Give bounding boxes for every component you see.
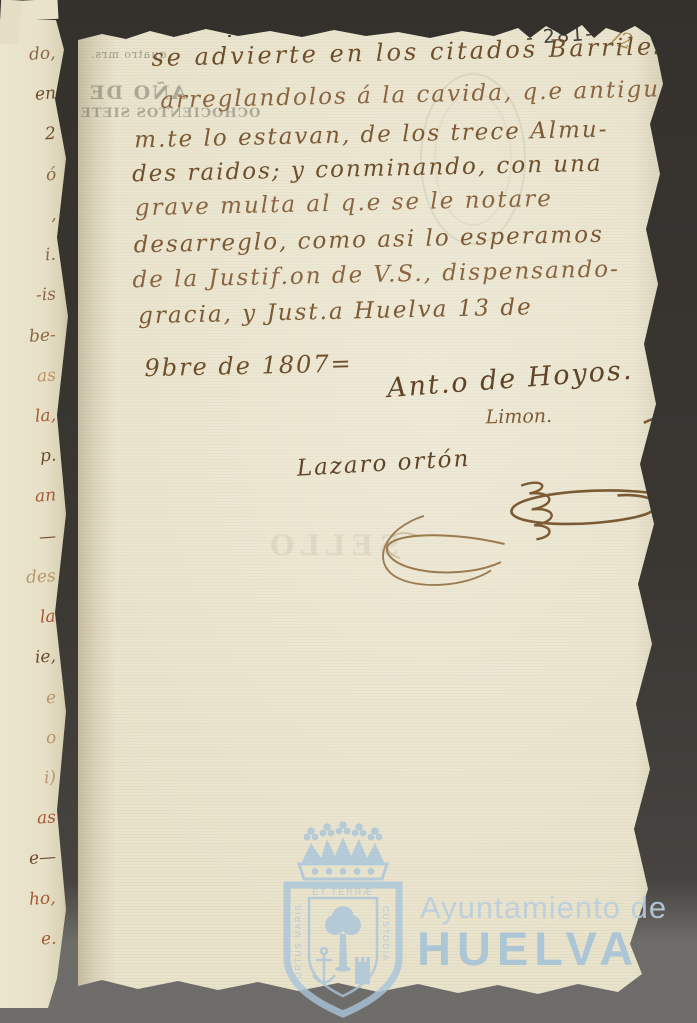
text-fragment: e.: [40, 930, 57, 948]
shield-motto-left: PORTUS MARIS: [293, 903, 303, 986]
text-fragment: ie,: [35, 649, 57, 667]
text-fragment: as: [37, 367, 57, 385]
text-fragment: o: [45, 729, 56, 747]
text-fragment: p.: [39, 448, 56, 466]
text-fragment: la,: [34, 407, 56, 425]
scanned-document-page: do, en 2 ó , i. -is be- as la, p. an — d…: [0, 0, 697, 1023]
text-fragment: be-: [29, 327, 57, 346]
manuscript-line: grave multa al q.e se le notare: [135, 186, 554, 221]
text-fragment: des: [26, 568, 57, 587]
text-fragment: ,: [50, 207, 57, 224]
text-fragment: e: [45, 689, 56, 707]
text-fragment: la: [40, 609, 57, 627]
manuscript-line: des raidos; y conminando, con una: [132, 151, 603, 188]
text-fragment: ho,: [29, 890, 57, 909]
manuscript-line: se advierte en los citados Barriles,: [151, 32, 680, 72]
shield-motto-right: CUSTODIA: [381, 906, 391, 962]
text-fragment: —: [38, 528, 56, 546]
signature-lazaro-orton: Lazaro ortón: [296, 446, 471, 482]
text-fragment: as: [37, 810, 57, 828]
manuscript-line: desarreglo, como asi lo esperamos: [133, 222, 604, 259]
signature-rubric-flourish: [303, 476, 576, 602]
text-fragment: -is: [36, 287, 57, 305]
crown-points: [301, 837, 385, 864]
manuscript-line: de la Justif.on de V.S., dispensando-: [132, 256, 620, 293]
watermark-city-text: HUELVA: [417, 921, 639, 976]
manuscript-line: arreglandolos á la cavida, q.e antigua-: [160, 76, 686, 114]
text-fragment: ó: [45, 166, 56, 184]
manuscript-line: m.te lo estavan, de los trece Almu-: [134, 117, 609, 154]
shield-motto-top: ET TERRÆ: [312, 887, 374, 898]
manuscript-date-line: 9bre de 1807=: [144, 349, 353, 382]
crown-band-jewels: [312, 868, 375, 875]
text-fragment: do,: [29, 45, 57, 64]
text-fragment: 2: [45, 126, 57, 144]
tower-charge: [355, 957, 370, 984]
text-fragment: e—: [28, 849, 56, 868]
text-fragment: i): [43, 770, 56, 788]
paper-corner-tab: [0, 0, 21, 44]
text-fragment: en: [34, 86, 56, 104]
huelva-coat-of-arms-watermark: ET TERRÆ PORTUS MARIS CUSTODIA: [277, 818, 409, 1020]
anchor-charge: [313, 948, 335, 984]
adjacent-page-text-fragments: do, en 2 ó , i. -is be- as la, p. an — d…: [26, 46, 56, 948]
adjacent-page-edge: do, en 2 ó , i. -is be- as la, p. an — d…: [0, 20, 72, 1008]
ink-speck: [174, 27, 178, 30]
text-fragment: an: [34, 488, 56, 506]
manuscript-line: gracia, y Just.a Huelva 13 de: [138, 294, 533, 329]
text-fragment: i.: [45, 247, 57, 265]
